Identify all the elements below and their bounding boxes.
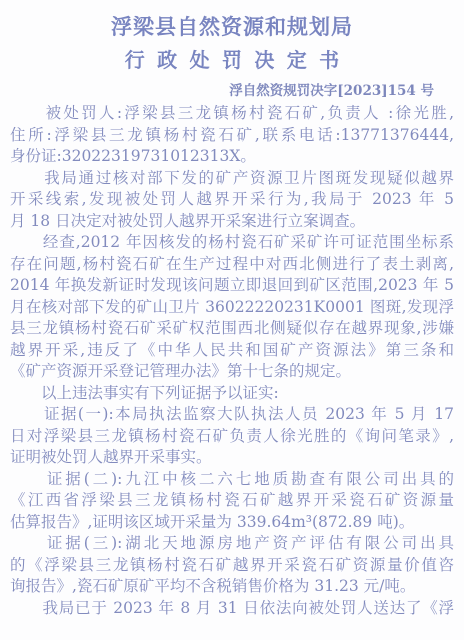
body-line: 月在核对部下发的矿山卫片 36022220231K0001 图斑,发现浮梁 (0, 297, 464, 319)
document-body: 被处罚人:浮梁县三龙镇杨村瓷石矿,负责人 :徐光胜, 住所:浮梁县三龙镇杨村瓷石… (0, 103, 464, 619)
body-line: 存在问题,杨村瓷石矿在生产过程中对西北侧进行了表土剥离, (0, 254, 464, 276)
body-line: 证据(三):湖北天地源房地产资产评估有限公司出具 (0, 533, 464, 555)
agency-title: 浮梁县自然资源和规划局 (0, 14, 464, 40)
body-line: 《江西省浮梁县三龙镇杨村瓷石矿越界开采瓷石矿资源量 (0, 490, 464, 512)
document-number: 浮自然资规罚决字[2023]154 号 (0, 82, 464, 100)
body-line: 证据(二):九江中核二六七地质勘查有限公司出具的 (0, 469, 464, 491)
body-line: 住所:浮梁县三龙镇杨村瓷石矿,联系电话:13771376444, (0, 125, 464, 147)
body-line: 我局已于 2023 年 8 月 31 日依法向被处罚人送达了《浮 (0, 598, 464, 620)
body-line: 询报告》,瓷石矿原矿平均不含税销售价格为 31.23 元/吨。 (0, 576, 464, 598)
body-line: 证据(一):本局执法监察大队执法人员 2023 年 5 月 17 (0, 404, 464, 426)
body-line: 的《浮梁县三龙镇杨村瓷石矿越界开采瓷石矿资源量价值咨 (0, 555, 464, 577)
body-line: 越界开采,违反了《中华人民共和国矿产资源法》第三条和 (0, 340, 464, 362)
body-line: 经查,2012 年因核发的杨村瓷石矿采矿许可证范围坐标系 (0, 232, 464, 254)
body-line: 县三龙镇杨村瓷石矿采矿权范围西北侧疑似存在越界现象,涉嫌 (0, 318, 464, 340)
body-line: 身份证:32022319731012313X。 (0, 146, 464, 168)
body-line: 被处罚人:浮梁县三龙镇杨村瓷石矿,负责人 :徐光胜, (0, 103, 464, 125)
body-line: 《矿产资源开采登记管理办法》第十七条的规定。 (0, 361, 464, 383)
body-line: 证明被处罚人越界开采事实。 (0, 447, 464, 469)
document-page: 浮梁县自然资源和规划局 行政处罚决定书 浮自然资规罚决字[2023]154 号 … (0, 0, 464, 640)
body-line: 以上违法事实有下列证据予以证实: (0, 383, 464, 405)
body-line: 月 18 日决定对被处罚人越界开采案进行立案调查。 (0, 211, 464, 233)
body-line: 我局通过核对部下发的矿产资源卫片图斑发现疑似越界 (0, 168, 464, 190)
body-line: 日对浮梁县三龙镇杨村瓷石矿负责人徐光胜的《询问笔录》, (0, 426, 464, 448)
body-line: 开采线索,发现被处罚人越界开采行为,我局于 2023 年 5 (0, 189, 464, 211)
body-line: 2014 年换发新证时发现该问题立即退回到矿区范围,2023 年 5 (0, 275, 464, 297)
document-title: 行政处罚决定书 (0, 46, 464, 74)
body-line: 估算报告》,证明该区域开采量为 339.64m³(872.89 吨)。 (0, 512, 464, 534)
